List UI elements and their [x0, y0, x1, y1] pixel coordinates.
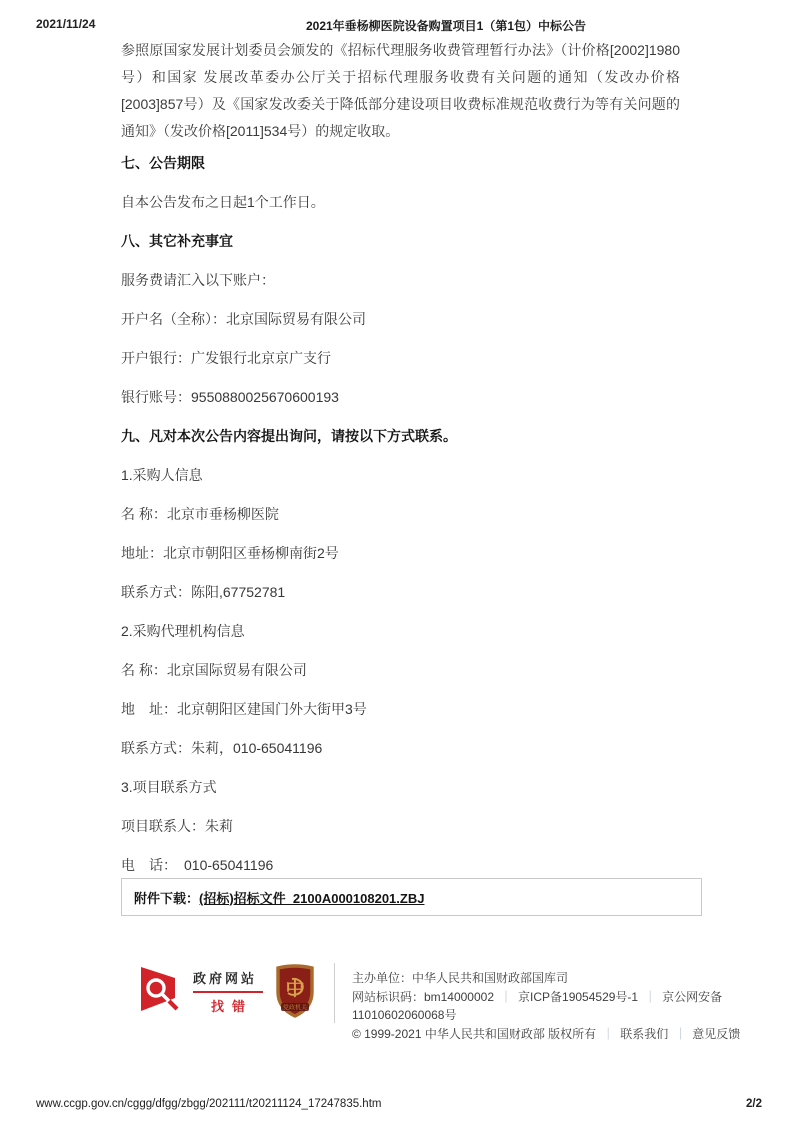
contact-us-link[interactable]: 联系我们	[620, 1027, 668, 1041]
party-gov-shield-badge[interactable]: 中 党政机关	[275, 963, 315, 1024]
doc-line: 开户名（全称）：北京国际贸易有限公司	[121, 312, 680, 327]
attachment-box: 附件下载： (招标)招标文件_2100A000108201.ZBJ	[121, 878, 702, 916]
doc-line: 2.采购代理机构信息	[121, 624, 680, 639]
svg-text:党政机关: 党政机关	[283, 1004, 307, 1012]
doc-line: 地 址：北京朝阳区建国门外大街甲3号	[121, 702, 680, 717]
footer-id-line: 网站标识码：bm14000002｜京ICP备19054529号-1｜京公网安备1…	[352, 988, 800, 1025]
doc-line: 自本公告发布之日起1个工作日。	[121, 195, 680, 210]
find-error-logo-line2: 找错	[193, 996, 265, 1015]
doc-line: 地址：北京市朝阳区垂杨柳南街2号	[121, 546, 680, 561]
doc-line: 联系方式：朱莉，010-65041196	[121, 741, 680, 756]
page-title: 2021年垂杨柳医院设备购置项目1（第1包）中标公告	[306, 17, 586, 34]
footer-icp: 京ICP备19054529号-1	[518, 990, 638, 1004]
footer-separator: ｜	[596, 1027, 620, 1041]
footer-copyright: © 1999-2021 中华人民共和国财政部 版权所有	[352, 1027, 596, 1041]
find-error-logo-line1: 政府网站	[193, 971, 257, 986]
shield-icon: 中 党政机关	[275, 963, 315, 1019]
section-heading: 七、公告期限	[121, 156, 680, 171]
find-error-logo-text: 政府网站 找错	[193, 968, 265, 1015]
gov-site-find-error-logo[interactable]: 政府网站 找错	[141, 967, 265, 1016]
doc-line: 联系方式：陈阳,67752781	[121, 585, 680, 600]
magnifier-icon	[141, 967, 187, 1016]
footer-separator: ｜	[638, 990, 662, 1004]
doc-line: 电 话： 010-65041196	[121, 858, 680, 873]
feedback-link[interactable]: 意见反馈	[692, 1027, 740, 1041]
doc-line: 服务费请汇入以下账户：	[121, 273, 680, 288]
doc-line: 1.采购人信息	[121, 468, 680, 483]
section-heading: 九、凡对本次公告内容提出询问，请按以下方式联系。	[121, 429, 680, 444]
print-date: 2021/11/24	[36, 17, 95, 31]
print-page-number: 2/2	[746, 1098, 762, 1110]
footer-site-code: 网站标识码：bm14000002	[352, 990, 494, 1004]
doc-line: 3.项目联系方式	[121, 780, 680, 795]
attachment-download-link[interactable]: (招标)招标文件_2100A000108201.ZBJ	[199, 888, 424, 907]
footer-host-line: 主办单位：中华人民共和国财政部国库司	[352, 969, 800, 988]
doc-line: 名 称：北京市垂杨柳医院	[121, 507, 680, 522]
section-heading: 八、其它补充事宜	[121, 234, 680, 249]
footer-text-block: 主办单位：中华人民共和国财政部国库司 网站标识码：bm14000002｜京ICP…	[352, 969, 800, 1043]
document-body: 参照原国家发展计划委员会颁发的《招标代理服务收费管理暂行办法》（计价格[2002…	[121, 37, 680, 897]
footer-separator: ｜	[494, 990, 518, 1004]
site-footer: 政府网站 找错 中 党政机关 主办单位：中华人民共和国财政部国库司 网站标识码：…	[141, 962, 800, 1043]
attachment-label: 附件下载：	[134, 888, 199, 907]
doc-line: 名 称：北京国际贸易有限公司	[121, 663, 680, 678]
doc-line: 项目联系人：朱莉	[121, 819, 680, 834]
doc-line: 银行账号：9550880025670600193	[121, 390, 680, 405]
svg-text:中: 中	[285, 977, 304, 1000]
doc-line: 开户银行：广发银行北京京广支行	[121, 351, 680, 366]
print-source-url: www.ccgp.gov.cn/cggg/dfgg/zbgg/202111/t2…	[36, 1098, 381, 1110]
find-error-logo-rule	[193, 991, 263, 993]
doc-line: 参照原国家发展计划委员会颁发的《招标代理服务收费管理暂行办法》（计价格[2002…	[121, 37, 680, 145]
footer-separator: ｜	[668, 1027, 692, 1041]
footer-copyright-line: © 1999-2021 中华人民共和国财政部 版权所有｜联系我们｜意见反馈	[352, 1025, 800, 1044]
footer-vertical-divider	[334, 963, 335, 1023]
